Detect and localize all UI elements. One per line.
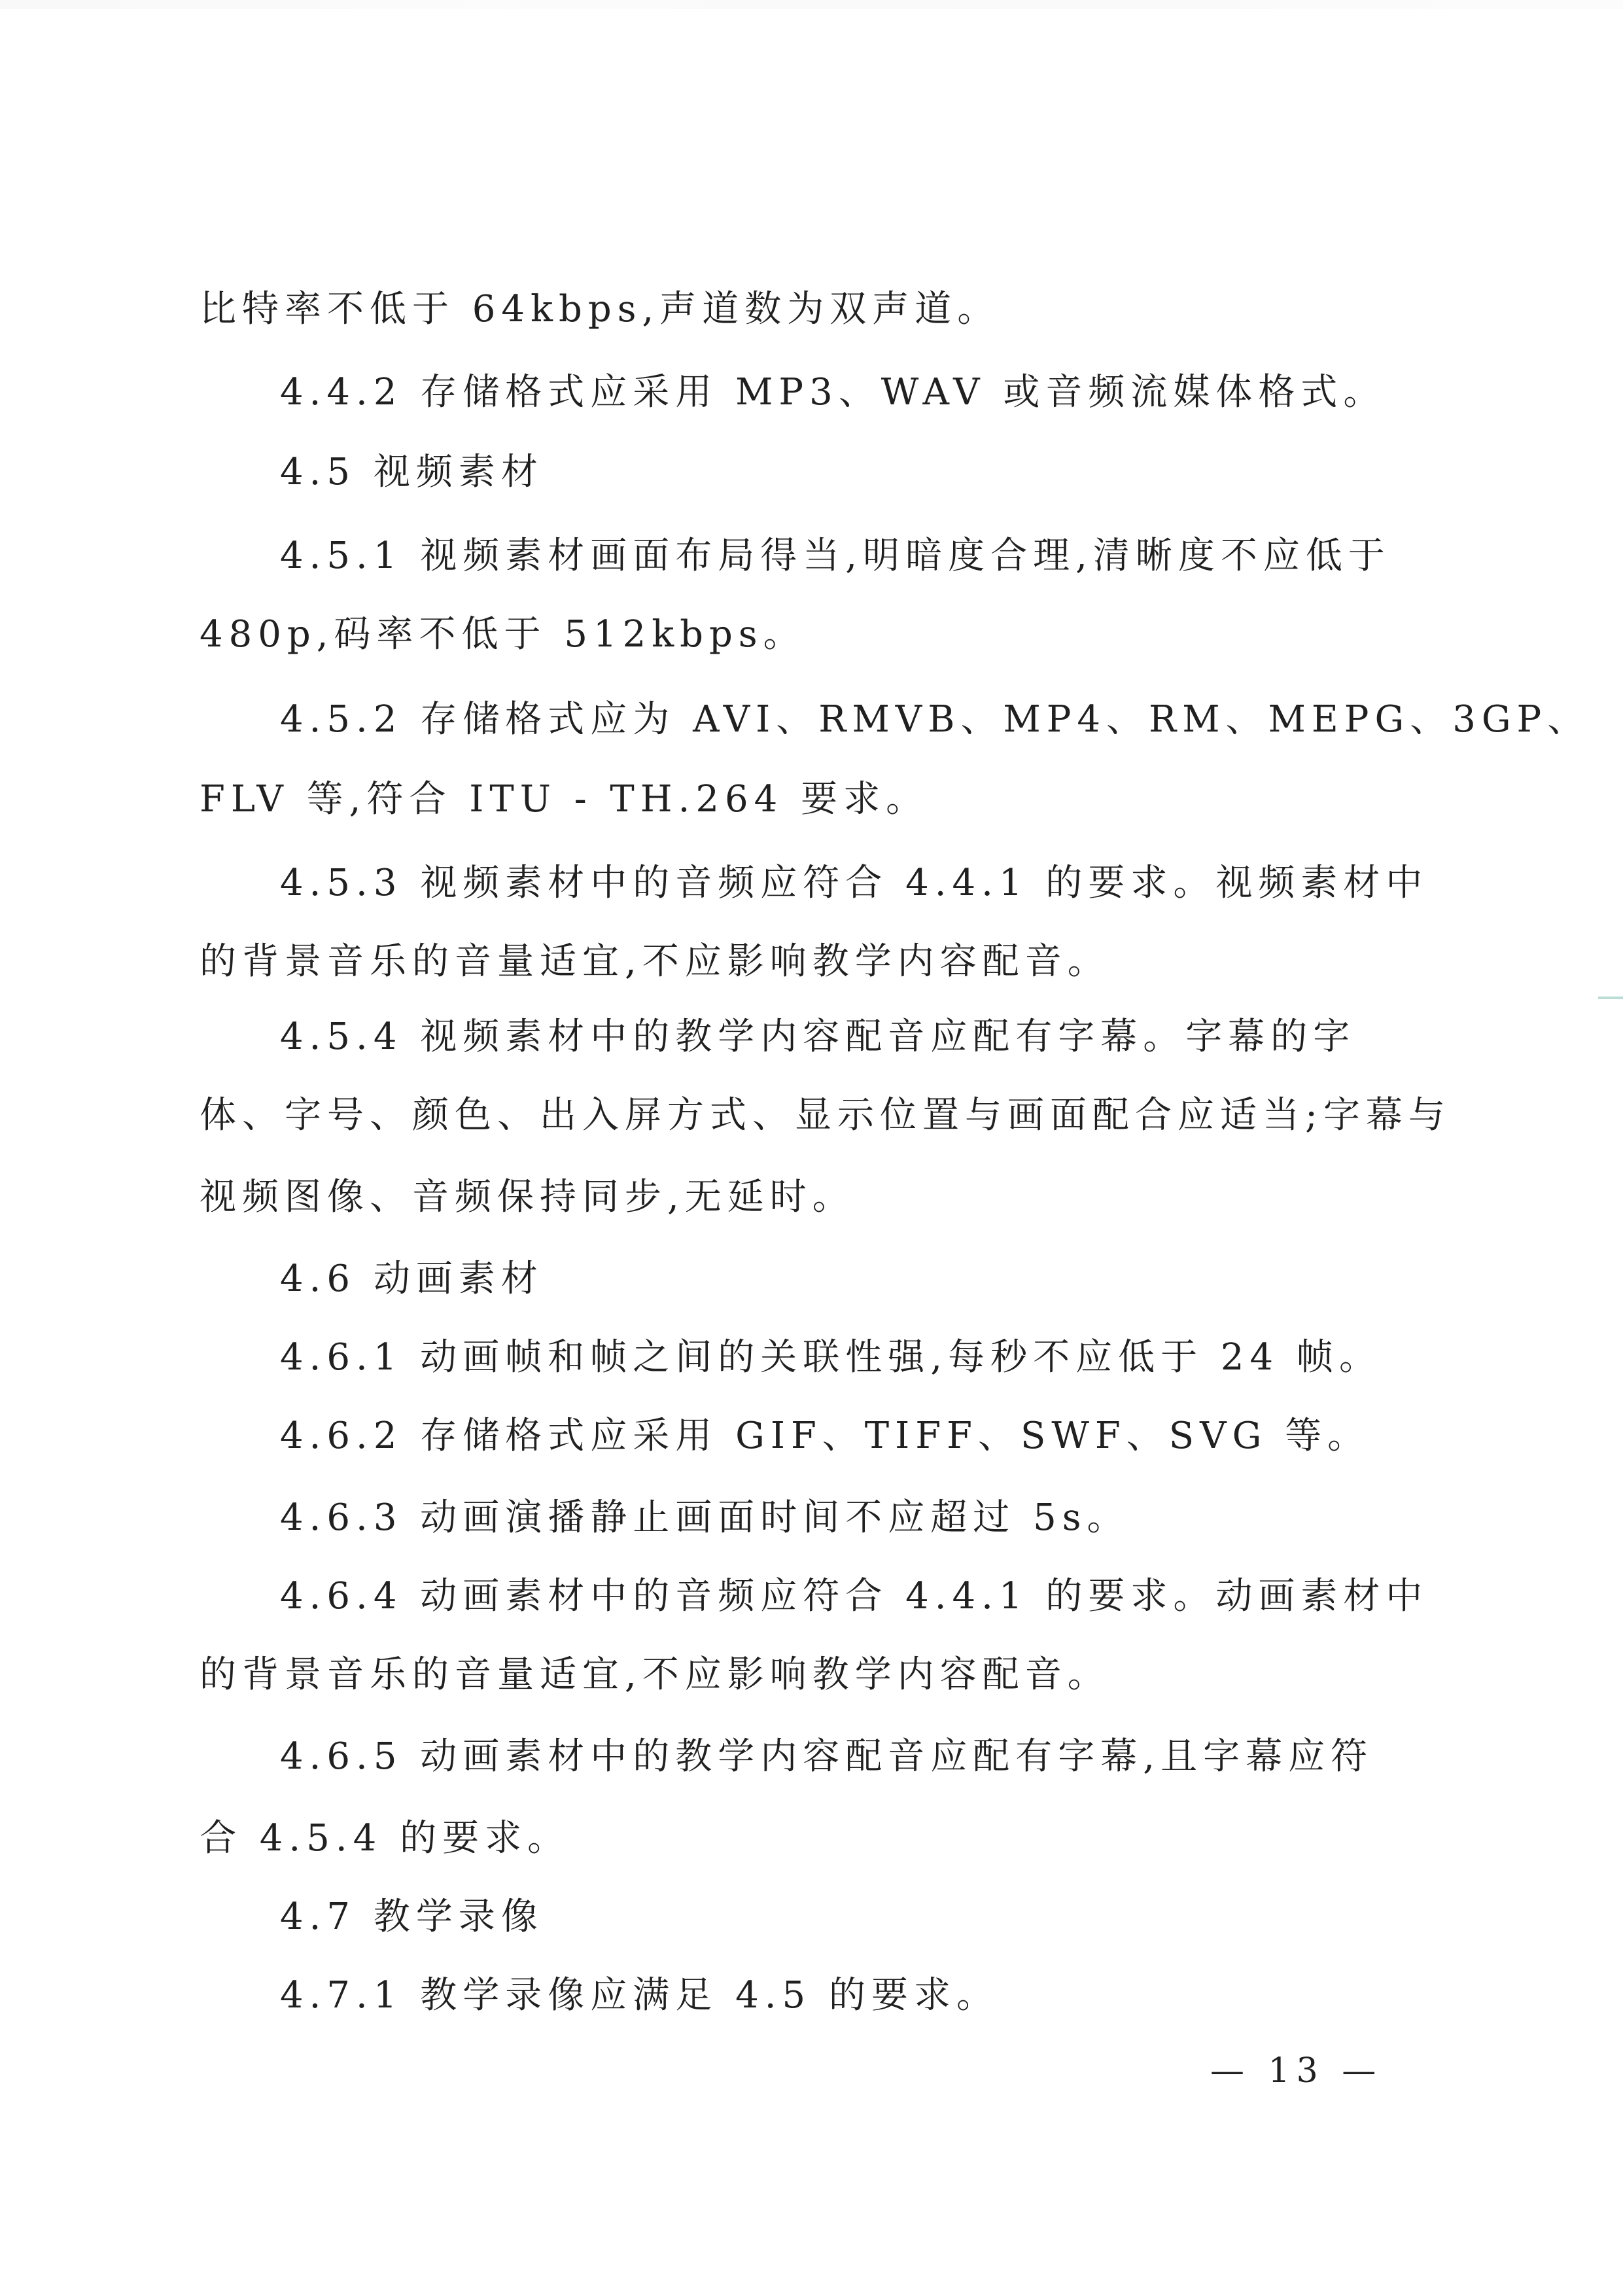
clause-4-5-4: 4.5.4 视频素材中的教学内容配音应配有字幕。字幕的字: [280, 1011, 1355, 1063]
paragraph-line: FLV 等,符合 ITU - TH.264 要求。: [200, 773, 928, 826]
scan-edge-mark: [1598, 997, 1623, 999]
clause-4-5-3: 4.5.3 视频素材中的音频应符合 4.4.1 的要求。视频素材中: [280, 857, 1428, 910]
section-heading-4-5: 4.5 视频素材: [280, 446, 544, 499]
clause-4-6-1: 4.6.1 动画帧和帧之间的关联性强,每秒不应低于 24 帧。: [280, 1332, 1382, 1384]
section-heading-4-6: 4.6 动画素材: [280, 1253, 544, 1305]
paragraph-line: 的背景音乐的音量适宜,不应影响教学内容配音。: [200, 936, 1110, 988]
paragraph-line: 合 4.5.4 的要求。: [200, 1812, 570, 1865]
clause-4-6-5: 4.6.5 动画素材中的教学内容配音应配有字幕,且字幕应符: [280, 1731, 1373, 1783]
clause-4-6-2: 4.6.2 存储格式应采用 GIF、TIFF、SWF、SVG 等。: [280, 1410, 1370, 1462]
paragraph-line: 比特率不低于 64kbps,声道数为双声道。: [200, 283, 1000, 336]
page-number: — 13 —: [1210, 2045, 1382, 2097]
paragraph-line: 的背景音乐的音量适宜,不应影响教学内容配音。: [200, 1649, 1110, 1701]
clause-4-6-4: 4.6.4 动画素材中的音频应符合 4.4.1 的要求。动画素材中: [280, 1570, 1428, 1623]
paragraph-line: 视频图像、音频保持同步,无延时。: [200, 1171, 855, 1224]
clause-4-7-1: 4.7.1 教学录像应满足 4.5 的要求。: [280, 1969, 999, 2022]
clause-4-4-2: 4.4.2 存储格式应采用 MP3、WAV 或音频流媒体格式。: [280, 366, 1386, 419]
clause-4-5-1: 4.5.1 视频素材画面布局得当,明暗度合理,清晰度不应低于: [280, 530, 1391, 582]
document-page: 比特率不低于 64kbps,声道数为双声道。 4.4.2 存储格式应采用 MP3…: [0, 0, 1623, 2296]
paragraph-line: 480p,码率不低于 512kbps。: [200, 609, 806, 661]
paragraph-line: 体、字号、颜色、出入屏方式、显示位置与画面配合应适当;字幕与: [200, 1089, 1451, 1142]
section-heading-4-7: 4.7 教学录像: [280, 1891, 544, 1943]
clause-4-6-3: 4.6.3 动画演播静止画面时间不应超过 5s。: [280, 1492, 1129, 1544]
clause-4-5-2: 4.5.2 存储格式应为 AVI、RMVB、MP4、RM、MEPG、3GP、: [280, 694, 1590, 746]
scan-artifact-top: [0, 0, 1623, 9]
